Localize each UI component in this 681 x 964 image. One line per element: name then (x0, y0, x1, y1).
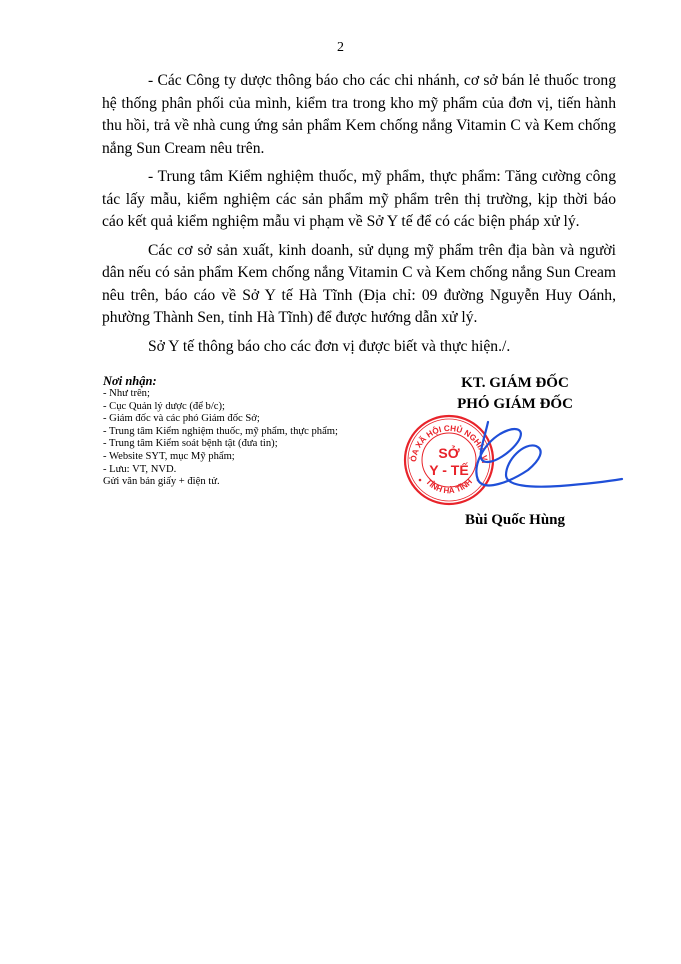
handwritten-signature-icon (470, 420, 640, 500)
recipient-item: - Website SYT, mục Mỹ phẩm; (103, 451, 393, 464)
stamp-center-line1: SỞ (438, 444, 459, 461)
paragraph-closing: Sở Y tế thông báo cho các đơn vị được bi… (102, 336, 616, 359)
recipient-item: - Cục Quản lý dược (để b/c); (103, 401, 393, 414)
stamp-center-line2: Y - TẾ (429, 462, 468, 478)
page-number: 2 (0, 40, 681, 56)
recipient-item: - Lưu: VT, NVD. (103, 464, 393, 477)
recipient-item: - Trung tâm Kiểm nghiệm thuốc, mỹ phẩm, … (103, 426, 393, 439)
svg-text:TỈNH HÀ TĨNH: TỈNH HÀ TĨNH (424, 477, 474, 495)
body-text: - Các Công ty dược thông báo cho các chi… (102, 70, 616, 364)
recipient-note: Gửi văn bản giấy + điện tử. (103, 476, 393, 489)
signature-title-line1: KT. GIÁM ĐỐC (400, 373, 630, 394)
recipient-item: - Như trên; (103, 388, 393, 401)
signer-name: Bùi Quốc Hùng (400, 512, 630, 529)
recipients-title: Nơi nhận: (103, 374, 393, 388)
recipient-item: - Trung tâm Kiểm soát bệnh tật (đưa tin)… (103, 438, 393, 451)
paragraph-establishments: Các cơ sở sản xuất, kinh doanh, sử dụng … (102, 240, 616, 330)
signature-title-line2: PHÓ GIÁM ĐỐC (400, 394, 630, 415)
recipients-block: Nơi nhận: - Như trên; - Cục Quản lý dược… (103, 374, 393, 489)
stamp-ring-bottom: TỈNH HÀ TĨNH (424, 477, 474, 495)
paragraph-pharma-companies: - Các Công ty dược thông báo cho các chi… (102, 70, 616, 160)
signature-block: KT. GIÁM ĐỐC PHÓ GIÁM ĐỐC Bùi Quốc Hùng (400, 373, 630, 415)
paragraph-testing-center: - Trung tâm Kiểm nghiệm thuốc, mỹ phẩm, … (102, 166, 616, 234)
recipient-item: - Giám đốc và các phó Giám đốc Sở; (103, 413, 393, 426)
